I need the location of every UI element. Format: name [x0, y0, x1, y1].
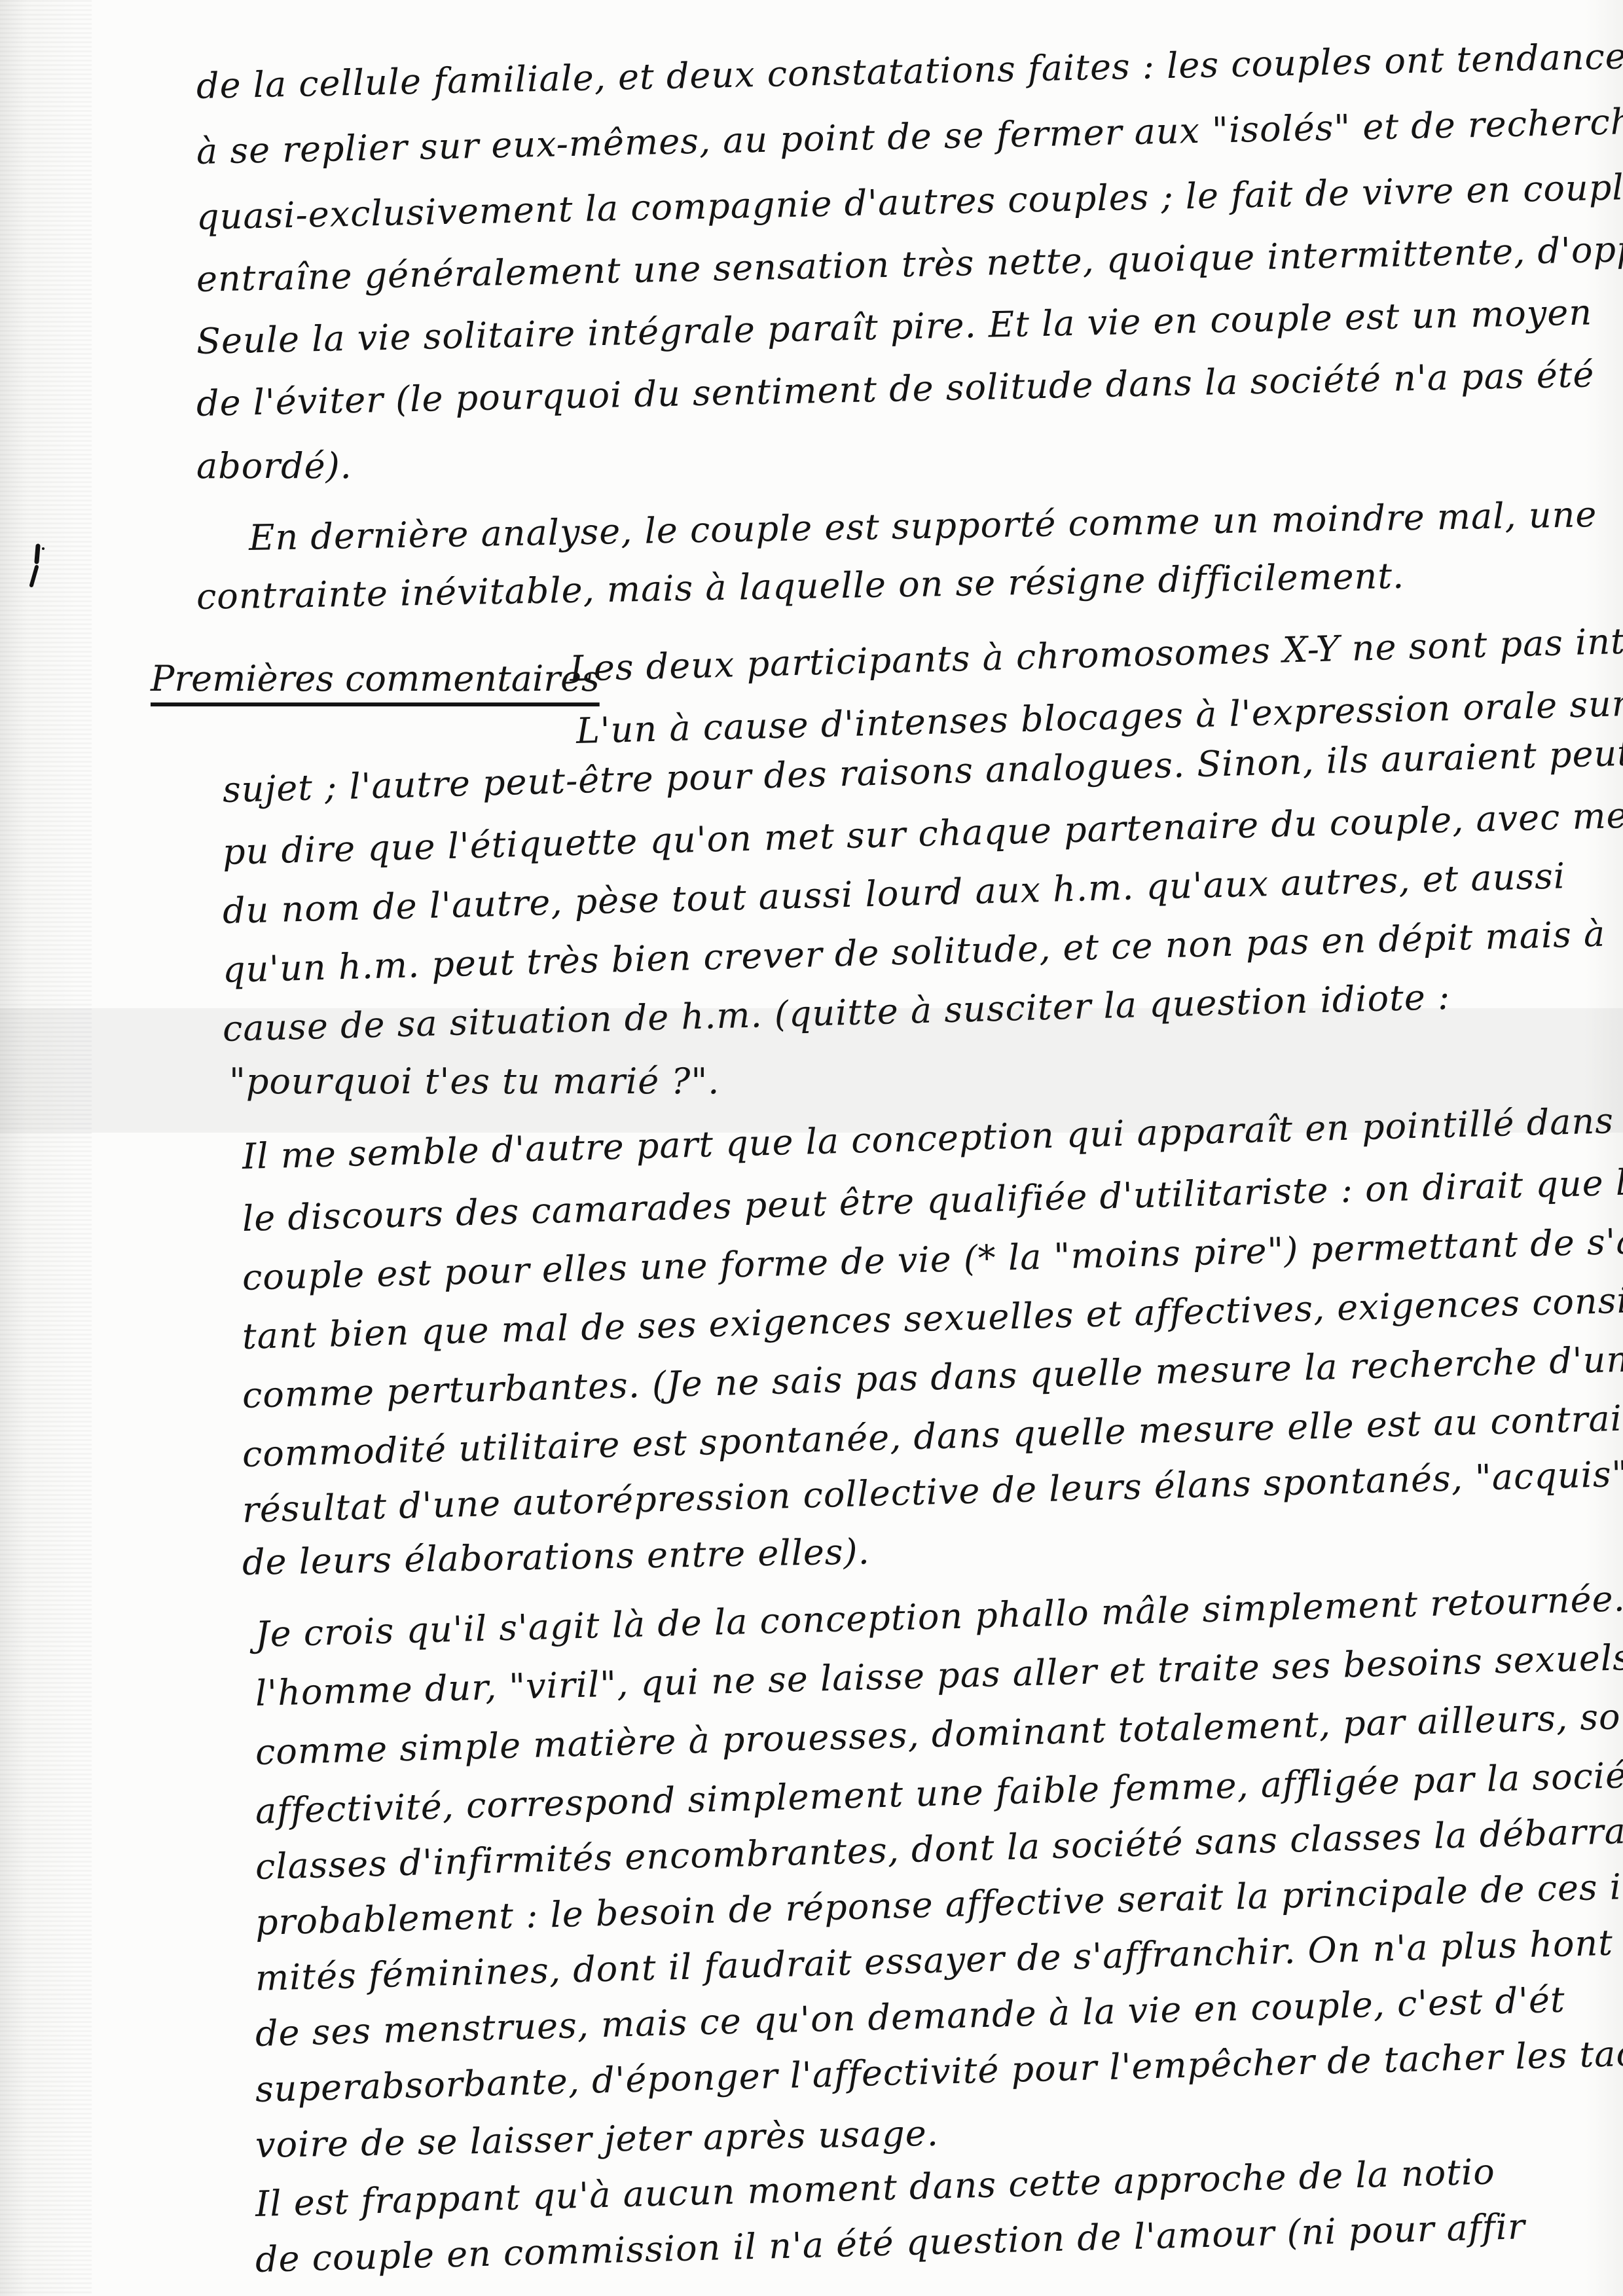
- scan-edge-shadow: [0, 0, 92, 2296]
- text-line: contrainte inévitable, mais à laquelle o…: [196, 555, 1404, 617]
- scanned-page: de la cellule familiale, et deux constat…: [0, 0, 1623, 2296]
- text-line: Les deux participants à chromosomes X-Y …: [569, 616, 1623, 689]
- text-line: En dernière analyse, le couple est suppo…: [248, 494, 1597, 558]
- text-line: de leurs élaborations entre elles).: [242, 1531, 870, 1583]
- text-line: voire de se laisser jeter après usage.: [255, 2113, 939, 2166]
- section-heading: Premières commentaires: [151, 658, 600, 699]
- margin-ink-mark-icon: [26, 543, 46, 589]
- text-line: quasi-exclusivement la compagnie d'autre…: [196, 166, 1623, 238]
- text-line: de l'éviter (le pourquoi du sentiment de…: [196, 354, 1595, 424]
- text-line: "pourquoi t'es tu marié ?".: [229, 1061, 720, 1102]
- text-line: abordé).: [196, 445, 352, 486]
- text-line: entraîne généralement une sensation très…: [196, 226, 1623, 300]
- text-line: à se replier sur eux-mêmes, au point de …: [196, 100, 1623, 172]
- text-line: Seule la vie solitaire intégrale paraît …: [196, 291, 1592, 362]
- text-line: de la cellule familiale, et deux constat…: [196, 35, 1623, 107]
